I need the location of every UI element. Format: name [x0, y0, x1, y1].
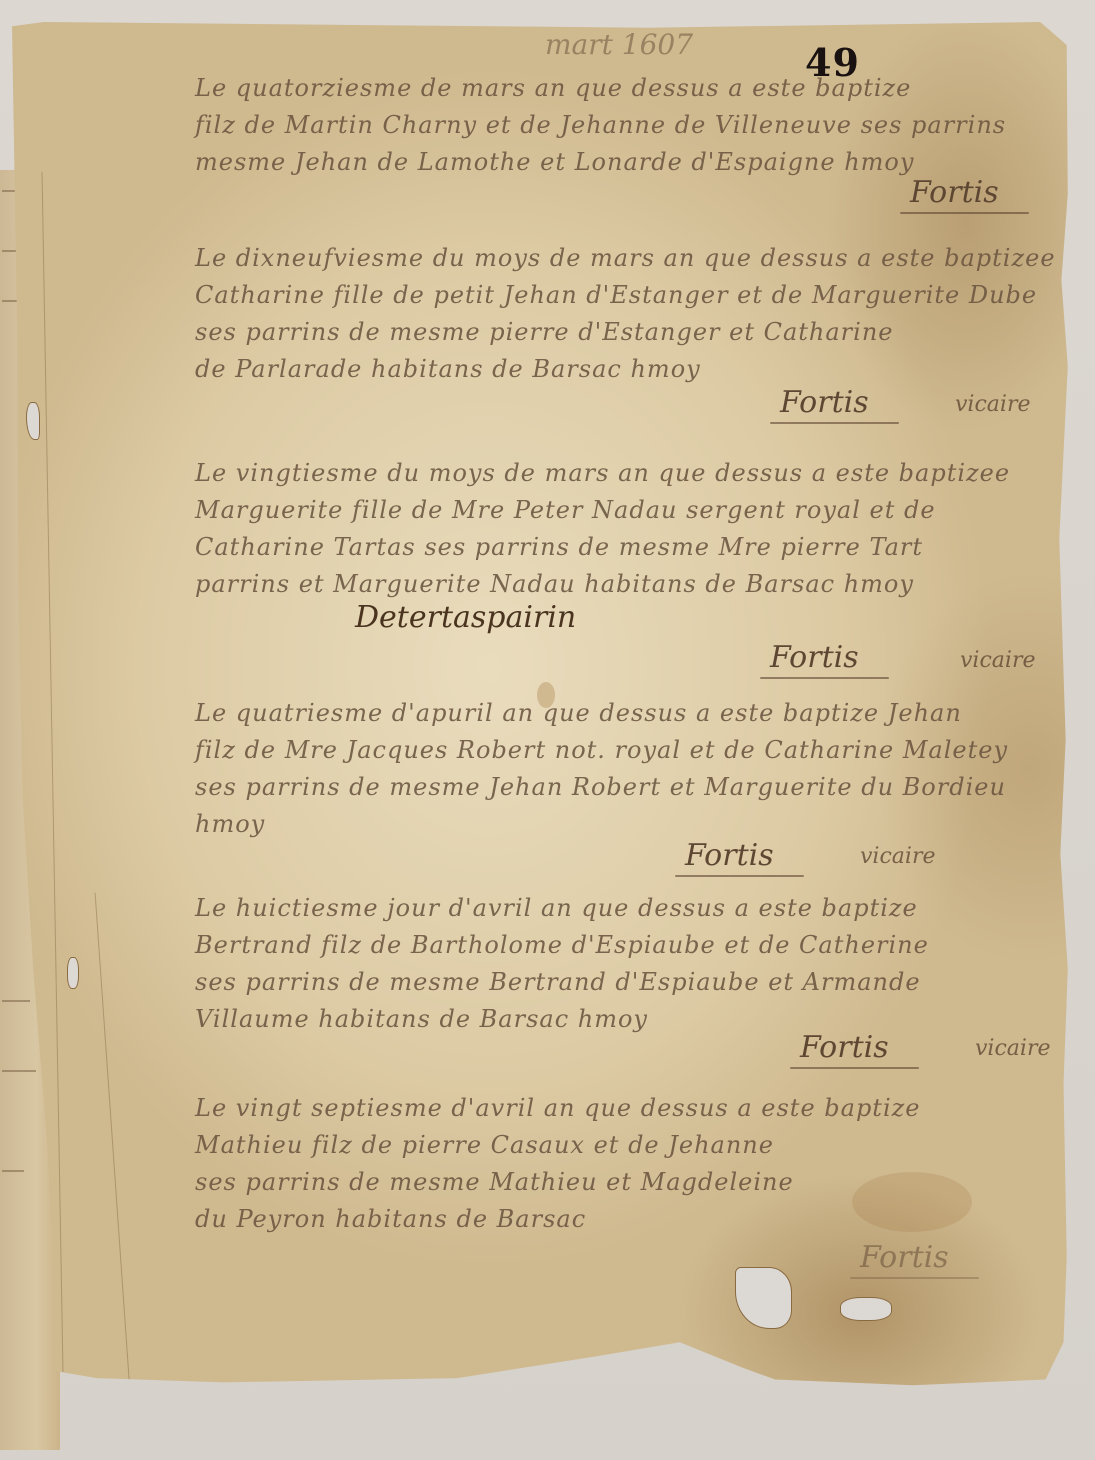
baptism-entry: Le quatorziesme de mars an que dessus a … — [195, 70, 1055, 181]
entry-line: Le quatorziesme de mars an que dessus a … — [195, 70, 1055, 107]
entry-line: Marguerite fille de Mre Peter Nadau serg… — [195, 492, 1055, 529]
header-date-note: mart 1607 — [545, 28, 693, 61]
entry-line: ses parrins de mesme Mathieu et Magdelei… — [195, 1164, 1055, 1201]
baptism-entry: Le vingtiesme du moys de mars an que des… — [195, 455, 1055, 603]
priest-signature: Fortis — [910, 175, 999, 210]
priest-signature: Fortis — [685, 838, 774, 873]
entry-line: ses parrins de mesme Jehan Robert et Mar… — [195, 769, 1055, 806]
entry-line: ses parrins de mesme pierre d'Estanger e… — [195, 314, 1055, 351]
entry-line: ses parrins de mesme Bertrand d'Espiaube… — [195, 964, 1055, 1001]
priest-title: vicaire — [955, 392, 1030, 417]
entry-line: Catharine fille de petit Jehan d'Estange… — [195, 277, 1055, 314]
baptism-entry: Le quatriesme d'apuril an que dessus a e… — [195, 695, 1055, 843]
priest-title: vicaire — [975, 1036, 1050, 1061]
entry-line: parrins et Marguerite Nadau habitans de … — [195, 566, 1055, 603]
priest-signature: Fortis — [860, 1240, 949, 1275]
baptism-entry: Le huictiesme jour d'avril an que dessus… — [195, 890, 1055, 1038]
entry-line: Le huictiesme jour d'avril an que dessus… — [195, 890, 1055, 927]
entry-line: Villaume habitans de Barsac hmoy — [195, 1001, 1055, 1038]
baptism-entry: Le dixneufviesme du moys de mars an que … — [195, 240, 1055, 388]
priest-title: vicaire — [860, 844, 935, 869]
fold-line — [95, 893, 131, 1392]
entry-line: filz de Martin Charny et de Jehanne de V… — [195, 107, 1055, 144]
entry-line: de Parlarade habitans de Barsac hmoy — [195, 351, 1055, 388]
priest-signature: Fortis — [770, 640, 859, 675]
entry-line: Le vingtiesme du moys de mars an que des… — [195, 455, 1055, 492]
baptism-entry: Le vingt septiesme d'avril an que dessus… — [195, 1090, 1055, 1238]
paper-hole — [735, 1267, 792, 1329]
entry-line: filz de Mre Jacques Robert not. royal et… — [195, 732, 1055, 769]
entry-line: Le vingt septiesme d'avril an que dessus… — [195, 1090, 1055, 1127]
entry-line: du Peyron habitans de Barsac — [195, 1201, 1055, 1238]
godparent-signature: Detertaspairin — [355, 600, 576, 635]
paper-hole — [26, 402, 40, 440]
priest-title: vicaire — [960, 648, 1035, 673]
priest-signature: Fortis — [800, 1030, 889, 1065]
entry-line: Mathieu filz de pierre Casaux et de Jeha… — [195, 1127, 1055, 1164]
entry-line: Catharine Tartas ses parrins de mesme Mr… — [195, 529, 1055, 566]
entry-line: Bertrand filz de Bartholome d'Espiaube e… — [195, 927, 1055, 964]
paper-hole — [67, 957, 79, 989]
paper-hole — [840, 1297, 892, 1321]
entry-line: Le quatriesme d'apuril an que dessus a e… — [195, 695, 1055, 732]
entry-line: Le dixneufviesme du moys de mars an que … — [195, 240, 1055, 277]
entry-line: hmoy — [195, 806, 1055, 843]
priest-signature: Fortis — [780, 385, 869, 420]
